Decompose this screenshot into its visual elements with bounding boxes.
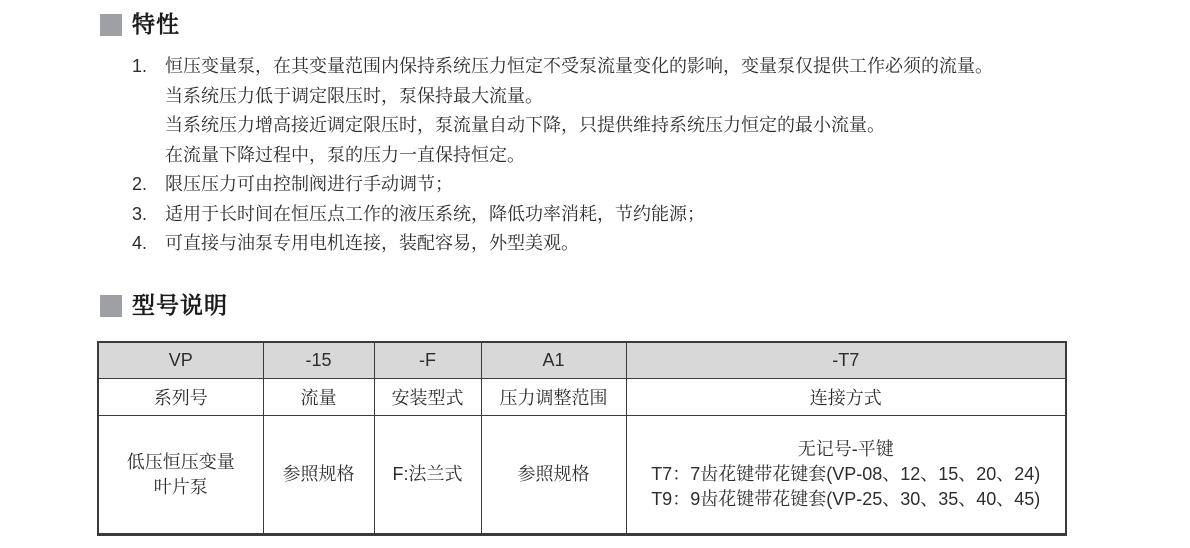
feature-item-3: 3. 适用于长时间在恒压点工作的液压系统，降低功率消耗，节约能源； — [132, 200, 1077, 230]
feature-item-text: 恒压变量泵，在其变量范围内保持系统压力恒定不受泵流量变化的影响，变量泵仅提供工作… — [165, 52, 1077, 170]
cell-code-connection: -T7 — [626, 342, 1066, 379]
cell-label-series: 系列号 — [98, 379, 263, 416]
table-row-codes: VP -15 -F A1 -T7 — [98, 342, 1066, 379]
cell-code-pressure: A1 — [481, 342, 626, 379]
cell-label-flow: 流量 — [263, 379, 374, 416]
feature-item-text: 适用于长时间在恒压点工作的液压系统，降低功率消耗，节约能源； — [165, 200, 1077, 230]
features-title: 特性 — [132, 13, 180, 36]
cell-desc-mounting: F:法兰式 — [374, 416, 481, 535]
feature-item-text: 可直接与油泵专用电机连接，装配容易，外型美观。 — [165, 229, 1077, 259]
features-section-heading: 特性 — [100, 13, 180, 36]
model-title: 型号说明 — [132, 294, 228, 317]
section-bullet-icon — [100, 295, 122, 317]
cell-code-flow: -15 — [263, 342, 374, 379]
cell-label-mounting: 安装型式 — [374, 379, 481, 416]
model-code-table: VP -15 -F A1 -T7 系列号 流量 安装型式 压力调整范围 连接方式… — [97, 341, 1067, 536]
feature-item-2: 2. 限压压力可由控制阀进行手动调节； — [132, 170, 1077, 200]
cell-label-connection: 连接方式 — [626, 379, 1066, 416]
feature-item-number: 4. — [132, 229, 165, 259]
table-row-labels: 系列号 流量 安装型式 压力调整范围 连接方式 — [98, 379, 1066, 416]
cell-desc-pressure: 参照规格 — [481, 416, 626, 535]
features-list: 1. 恒压变量泵，在其变量范围内保持系统压力恒定不受泵流量变化的影响，变量泵仅提… — [132, 52, 1077, 259]
cell-code-series: VP — [98, 342, 263, 379]
feature-item-number: 2. — [132, 170, 165, 200]
table-row-descriptions: 低压恒压变量 叶片泵 参照规格 F:法兰式 参照规格 无记号-平键 T7：7齿花… — [98, 416, 1066, 535]
feature-item-number: 1. — [132, 52, 165, 82]
cell-desc-connection: 无记号-平键 T7：7齿花键带花键套(VP-08、12、15、20、24) T9… — [626, 416, 1066, 535]
catalog-page: 特性 1. 恒压变量泵，在其变量范围内保持系统压力恒定不受泵流量变化的影响，变量… — [0, 0, 1190, 548]
model-section-heading: 型号说明 — [100, 294, 228, 317]
cell-code-mounting: -F — [374, 342, 481, 379]
feature-item-text: 限压压力可由控制阀进行手动调节； — [165, 170, 1077, 200]
cell-label-pressure: 压力调整范围 — [481, 379, 626, 416]
feature-item-4: 4. 可直接与油泵专用电机连接，装配容易，外型美观。 — [132, 229, 1077, 259]
section-bullet-icon — [100, 14, 122, 36]
feature-item-1: 1. 恒压变量泵，在其变量范围内保持系统压力恒定不受泵流量变化的影响，变量泵仅提… — [132, 52, 1077, 170]
cell-desc-flow: 参照规格 — [263, 416, 374, 535]
feature-item-number: 3. — [132, 200, 165, 230]
cell-desc-series: 低压恒压变量 叶片泵 — [98, 416, 263, 535]
